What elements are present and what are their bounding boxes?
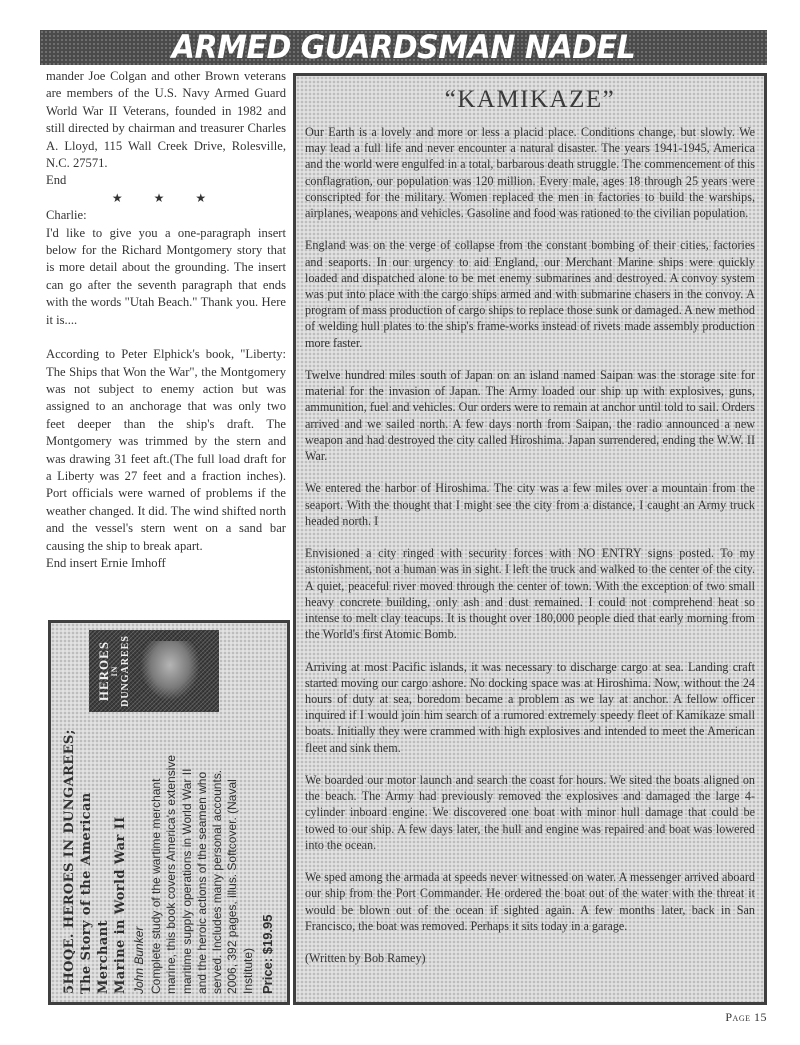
book-title: 5HOQE. HEROES IN DUNGAREES; The Story of… — [61, 714, 129, 994]
book-ad: 5HOQE. HEROES IN DUNGAREES; The Story of… — [48, 620, 290, 1005]
book-ad-rotated-content: 5HOQE. HEROES IN DUNGAREES; The Story of… — [51, 623, 287, 1002]
paragraph-gap — [46, 329, 286, 346]
page-number: Page 15 — [725, 1010, 767, 1025]
article-paragraph: Arriving at most Pacific islands, it was… — [305, 659, 755, 756]
article-title: “KAMIKAZE” — [304, 84, 756, 124]
header-banner: ARMED GUARDSMAN NADEL — [40, 30, 767, 65]
book-cover-image: HEROES IN DUNGAREES — [89, 630, 219, 712]
book-price: Price: $19.95 — [260, 714, 275, 994]
star-separator-icon: ★ ★ ★ — [46, 190, 286, 207]
book-cover-title: HEROES IN DUNGAREES — [97, 635, 132, 707]
end-insert-signature: End insert Ernie Imhoff — [46, 555, 286, 572]
article-paragraph: We boarded our motor launch and search t… — [305, 772, 755, 853]
article-byline: (Written by Bob Ramey) — [305, 950, 755, 966]
left-paragraph: According to Peter Elphick's book, "Libe… — [46, 346, 286, 555]
end-marker: End — [46, 172, 286, 189]
article-paragraph: Envisioned a city ringed with security f… — [305, 545, 755, 642]
article-box: “KAMIKAZE” Our Earth is a lovely and mor… — [293, 73, 767, 1005]
article-paragraph: We sped among the armada at speeds never… — [305, 869, 755, 934]
ship-illustration-icon — [140, 641, 200, 701]
article-paragraph: Twelve hundred miles south of Japan on a… — [305, 367, 755, 464]
book-author: John Bunker — [131, 714, 147, 994]
book-ad-text: 5HOQE. HEROES IN DUNGAREES; The Story of… — [61, 714, 275, 994]
article-paragraph: Our Earth is a lovely and more or less a… — [305, 124, 755, 221]
left-paragraph: mander Joe Colgan and other Brown vetera… — [46, 68, 286, 172]
salutation: Charlie: — [46, 207, 286, 224]
article-body: Our Earth is a lovely and more or less a… — [304, 124, 756, 966]
article-paragraph: England was on the verge of collapse fro… — [305, 237, 755, 350]
page-header-title: ARMED GUARDSMAN NADEL — [172, 29, 635, 67]
left-column: mander Joe Colgan and other Brown vetera… — [46, 68, 286, 572]
article-paragraph: We entered the harbor of Hiroshima. The … — [305, 480, 755, 529]
left-paragraph: I'd like to give you a one-paragraph ins… — [46, 225, 286, 329]
book-description: Complete study of the wartime merchant m… — [149, 746, 256, 994]
